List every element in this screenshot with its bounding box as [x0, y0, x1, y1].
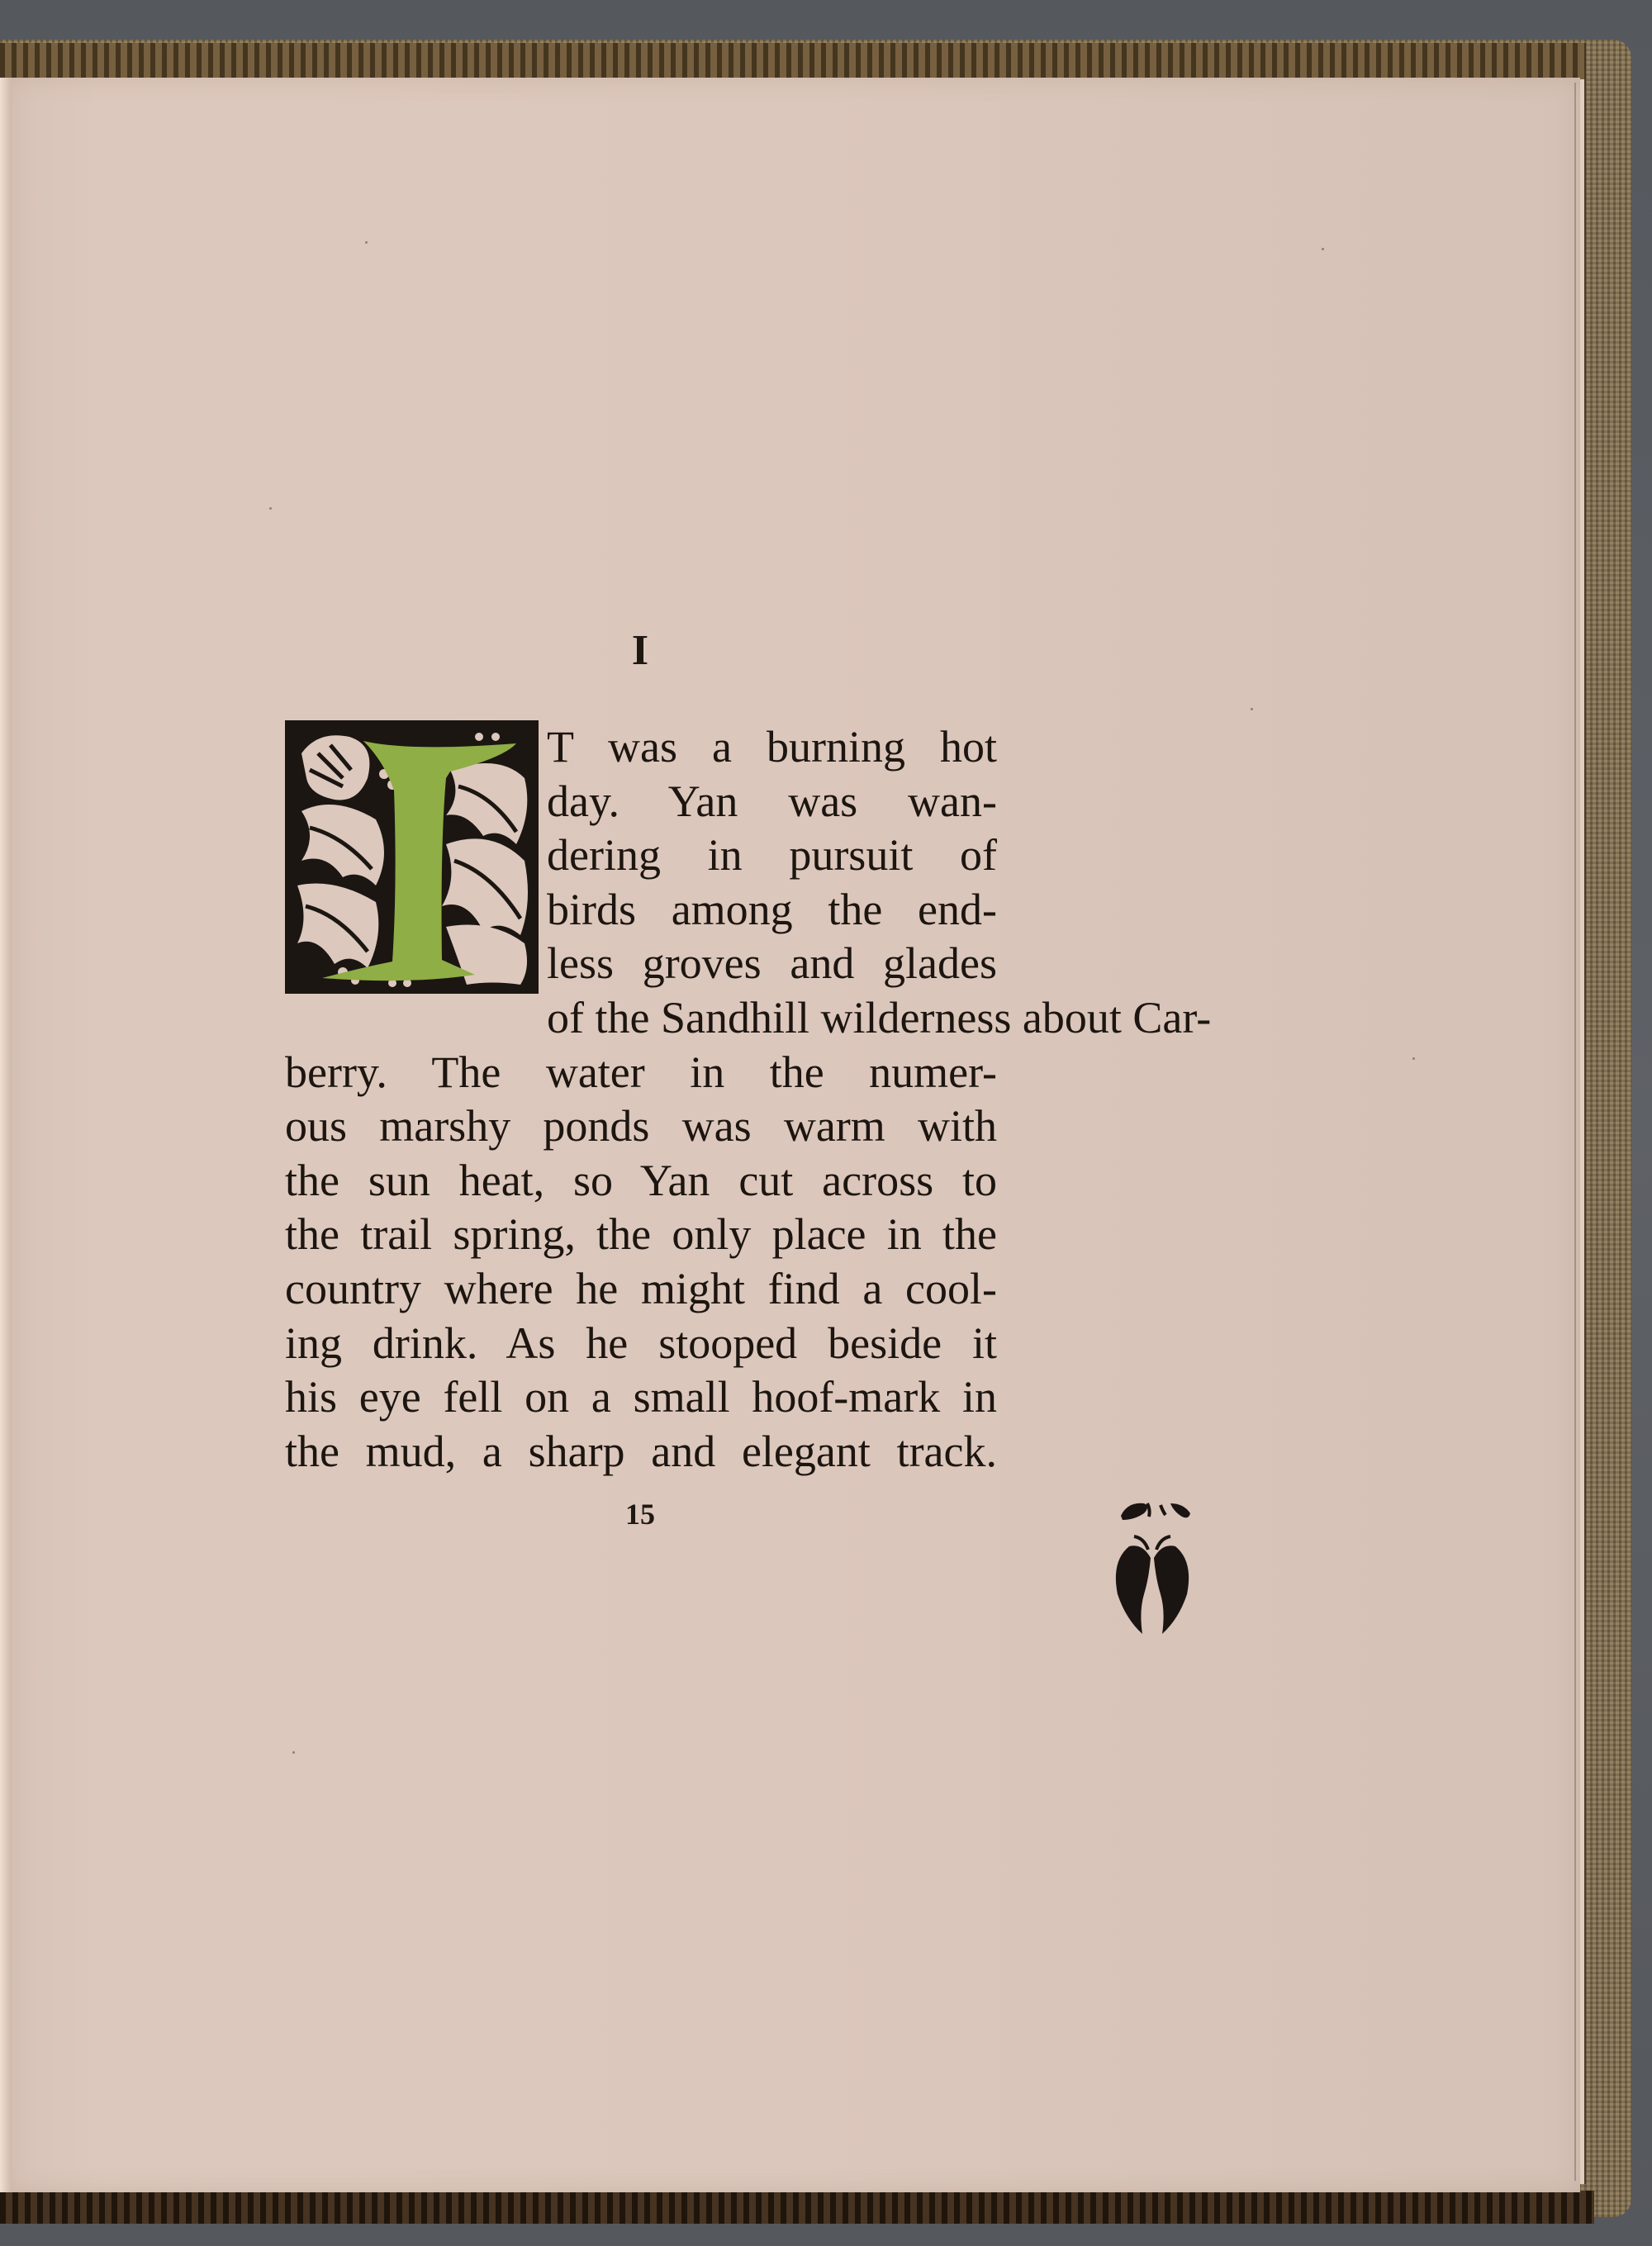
paper-speck: [1412, 1057, 1415, 1060]
page-number: 15: [603, 1497, 677, 1531]
text-line: the sun heat, so Yan cut across to: [285, 1154, 997, 1208]
page-gutter: [0, 78, 12, 2192]
paper-speck: [1251, 708, 1253, 710]
text-line: the trail spring, the only place in the: [285, 1208, 997, 1262]
text-line: berry. The water in the numer-: [285, 1046, 997, 1100]
paper-speck: [269, 507, 272, 510]
paper-speck: [292, 1751, 295, 1754]
book-bottom-edge: [0, 2191, 1594, 2224]
body-text: T was a burning hot day. Yan was wan- de…: [285, 720, 997, 1479]
book-top-edge: [0, 43, 1586, 80]
deer-hoof-track-icon: [1111, 1470, 1194, 1636]
page-edge-line: [1574, 83, 1576, 2181]
text-line: country where he might find a cool-: [285, 1262, 997, 1317]
text-line: his eye fell on a small hoof-mark in: [285, 1370, 997, 1425]
chapter-numeral: I: [603, 626, 677, 675]
acanthus-ornament-icon: [285, 720, 539, 994]
text-line: ous marshy ponds was warm with: [285, 1099, 997, 1154]
drop-cap-initial: [285, 720, 539, 994]
paper-speck: [365, 241, 368, 244]
text-line: the mud, a sharp and elegant track.: [285, 1425, 997, 1479]
paper-speck: [1322, 248, 1324, 250]
text-line: of the Sandhill wilderness about Car-: [285, 991, 997, 1046]
text-line: ing drink. As he stooped beside it: [285, 1317, 997, 1371]
